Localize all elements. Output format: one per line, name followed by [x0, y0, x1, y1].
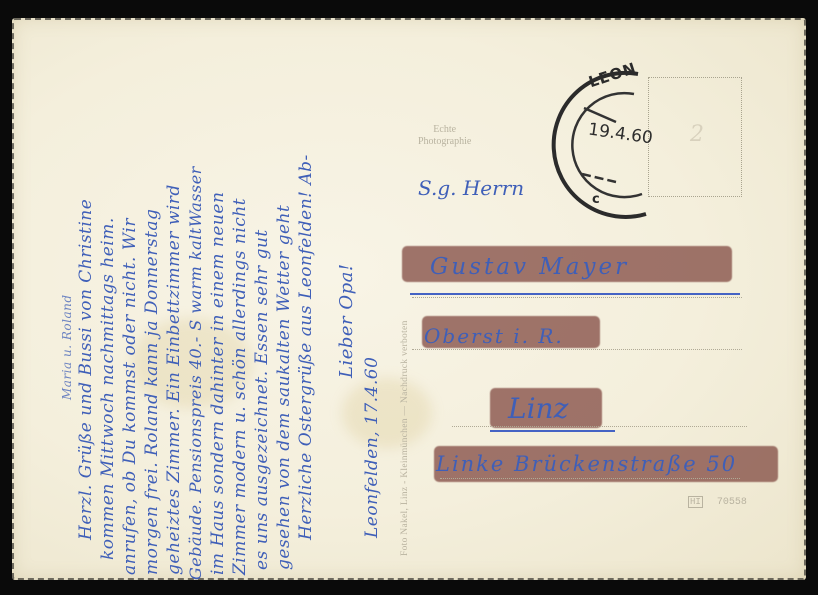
- address-line-dotted: [412, 297, 742, 298]
- message-greeting: Lieber Opa!: [336, 263, 357, 378]
- address-street: Linke Brückenstraße 50: [436, 452, 737, 476]
- message-line: im Haus sondern dahinter in einem neuen: [208, 192, 228, 575]
- publisher-mark-icon: HI: [688, 496, 703, 508]
- underline: [410, 293, 740, 295]
- postmark-code: c: [592, 192, 600, 207]
- serial-number: HI 70558: [688, 497, 747, 508]
- message-line: Herzliche Ostergrüße aus Leonfelden! Ab-: [296, 154, 316, 540]
- address-city: Linz: [508, 392, 568, 425]
- message-line: Gebäude. Pensionspreis 40.- S warm kaltW…: [186, 166, 205, 580]
- address-line-dotted: [452, 426, 747, 427]
- message-line: geheiztes Zimmer. Ein Einbettzimmer wird: [164, 184, 184, 575]
- address-name: Gustav Mayer: [430, 254, 629, 280]
- message-place-date: Leonfelden, 17.4.60: [362, 357, 382, 538]
- printed-header: Echte Photographie: [418, 124, 471, 148]
- address-salutation: S.g. Herrn: [418, 176, 524, 200]
- printed-header-echte: Echte: [418, 124, 471, 136]
- message-line: es uns ausgezeichnet. Essen sehr gut: [252, 229, 272, 570]
- printed-header-photographie: Photographie: [418, 136, 471, 148]
- serial-value: 70558: [717, 497, 747, 508]
- postmark: LEON 19.4.60 c: [546, 64, 716, 224]
- message-line: gesehen von dem saukalten Wetter geht: [274, 205, 294, 570]
- message-line: Zimmer modern u. schön allerdings nicht: [230, 198, 250, 575]
- message-line: Herzl. Grüße und Bussi von Christine: [76, 199, 96, 540]
- message-line: kommen Mittwoch nachmittags heim.: [98, 217, 118, 560]
- publisher-credit: Foto Nakel, Linz - Kleinmünchen — Nachdr…: [400, 320, 410, 556]
- age-stain: [342, 378, 432, 448]
- message-line: anrufen, ob Du kommst oder nicht. Wir: [120, 218, 140, 575]
- message-line-signature: Maria u. Roland: [60, 294, 74, 400]
- address-line-dotted: [412, 349, 742, 350]
- message-line: morgen frei. Roland kann ja Donnerstag: [142, 209, 162, 575]
- address-title: Oberst i. R.: [424, 324, 564, 348]
- address-line-dotted: [440, 478, 740, 479]
- underline: [490, 430, 615, 432]
